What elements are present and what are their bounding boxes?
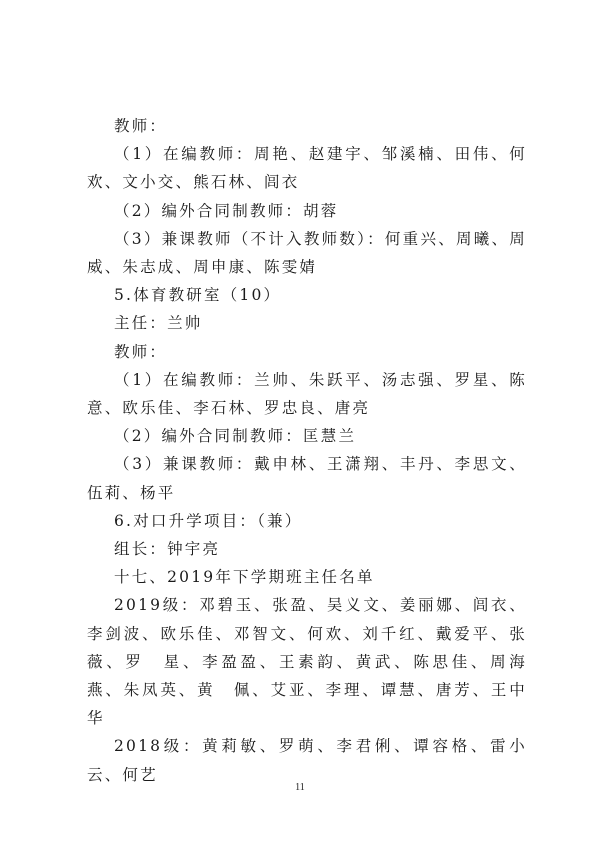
grade-2019-list: 2019级：邓碧玉、张盈、吴义文、姜丽娜、闾衣、李剑波、欧乐佳、邓智文、何欢、刘… (87, 591, 527, 732)
contract-teachers-list: （2）编外合同制教师：胡蓉 (87, 197, 527, 225)
grade-2018-list: 2018级：黄莉敏、罗萌、李君俐、谭容格、雷小云、何艺 (87, 732, 527, 788)
contract-teachers-list: （2）编外合同制教师：匡慧兰 (87, 422, 527, 450)
document-body: 教师： （1）在编教师：周艳、赵建宇、邹溪楠、田伟、何欢、文小交、熊石林、闾衣 … (87, 112, 527, 789)
staff-teachers-list: （1）在编教师：周艳、赵建宇、邹溪楠、田伟、何欢、文小交、熊石林、闾衣 (87, 140, 527, 196)
staff-teachers-list: （1）在编教师：兰帅、朱跃平、汤志强、罗星、陈意、欧乐佳、李石林、罗忠良、唐亮 (87, 366, 527, 422)
teachers-heading: 教师： (87, 112, 527, 140)
part-time-teachers-list: （3）兼课教师（不计入教师数）：何重兴、周曦、周威、朱志成、周申康、陈雯婧 (87, 225, 527, 281)
part-time-teachers-list: （3）兼课教师：戴申林、王潇翔、丰丹、李思文、伍莉、杨平 (87, 450, 527, 506)
section-heading-project: 6.对口升学项目：（兼） (87, 507, 527, 535)
section-heading-pe: 5.体育教研室（10） (87, 281, 527, 309)
group-leader-line: 组长：钟宇亮 (87, 535, 527, 563)
director-line: 主任：兰帅 (87, 309, 527, 337)
teachers-heading: 教师： (87, 338, 527, 366)
page-number: 11 (0, 782, 600, 793)
section-heading-class-teachers: 十七、2019年下学期班主任名单 (87, 563, 527, 591)
